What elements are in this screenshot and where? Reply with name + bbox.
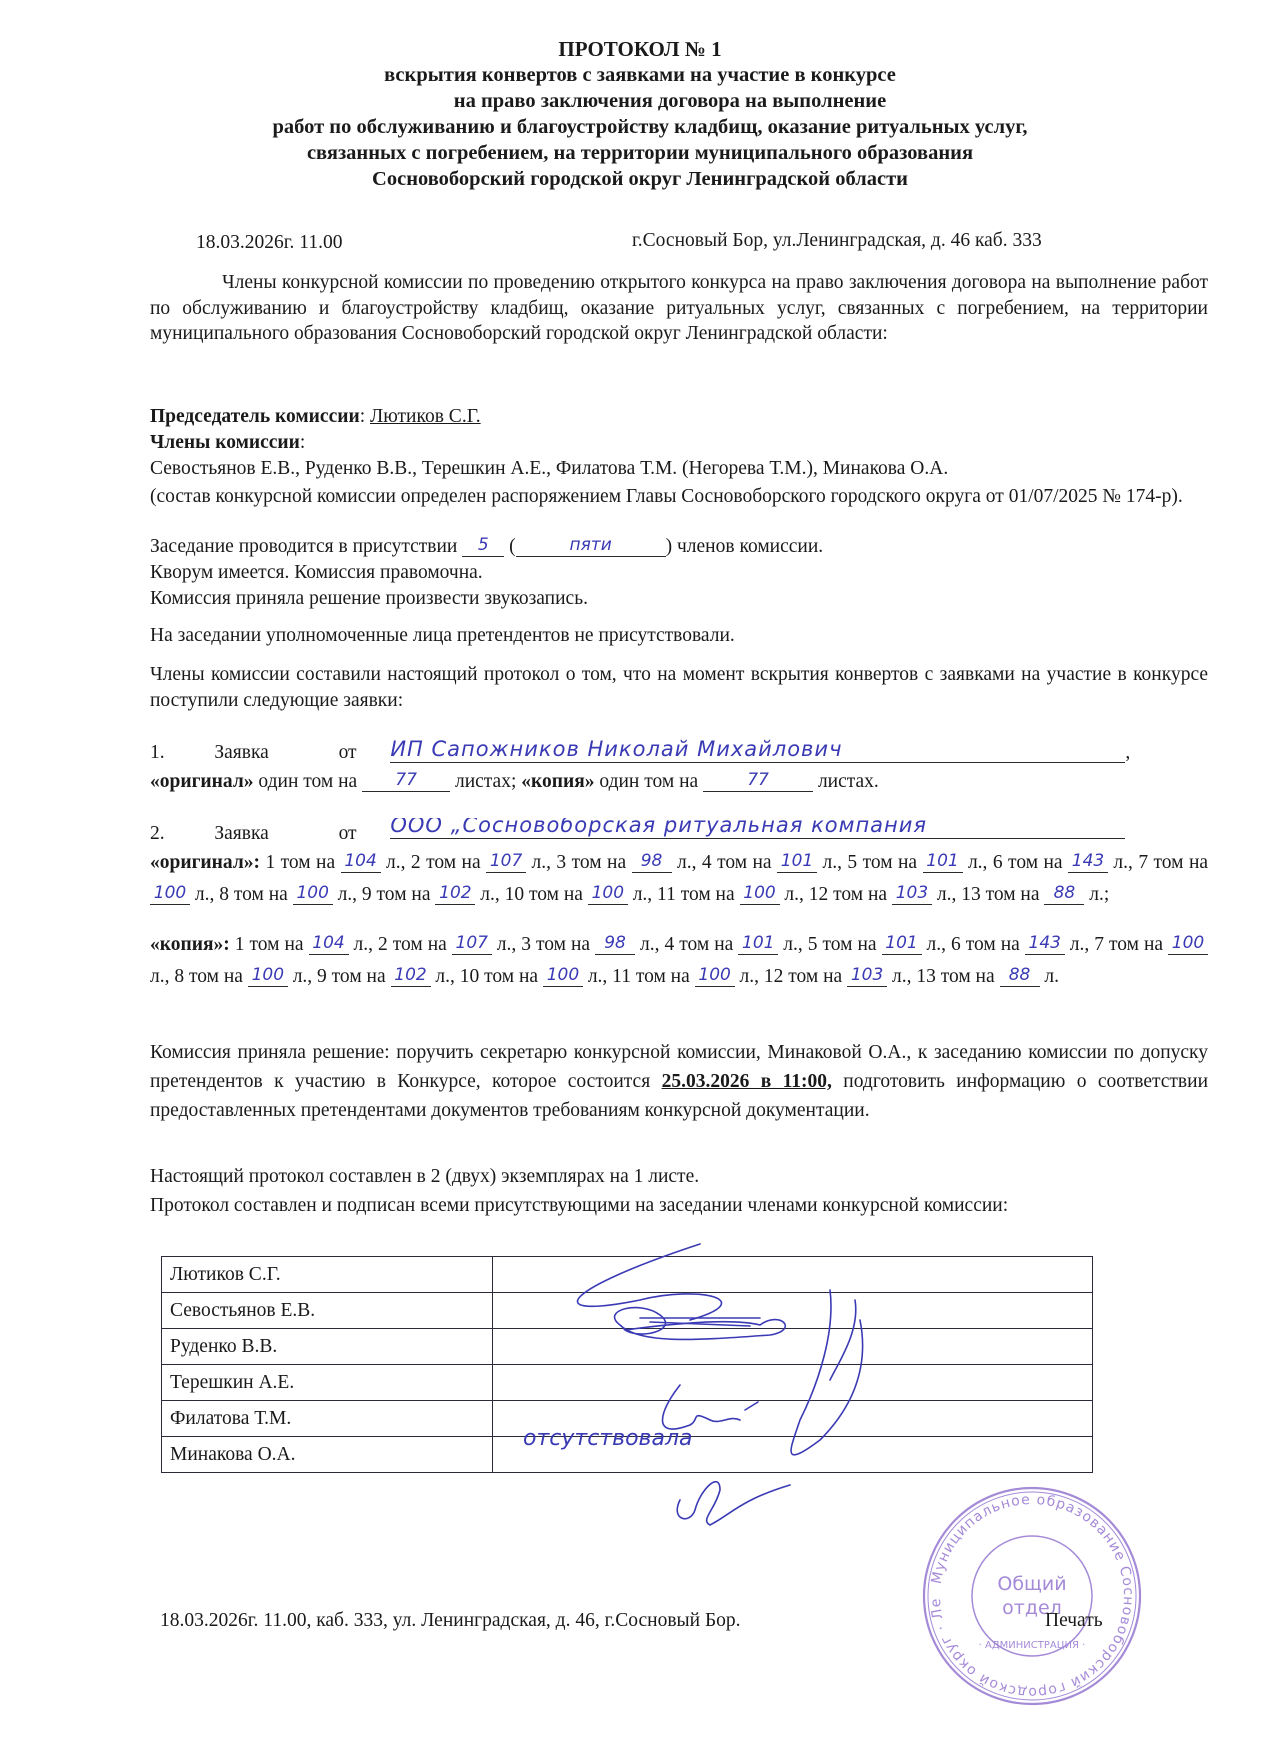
volume-entry: 10 том на 100 л., bbox=[500, 884, 652, 905]
sheet-count-field: 100 bbox=[248, 968, 288, 987]
signature-cell bbox=[493, 1329, 1093, 1365]
members-list: Севостьянов Е.В., Руденко В.В., Терешкин… bbox=[150, 458, 948, 480]
volume-entry: 6 том на 143 л., bbox=[987, 852, 1132, 873]
signature-row: Севостьянов Е.В. bbox=[162, 1293, 1093, 1329]
volume-entry: 8 том на 100 л., bbox=[214, 884, 357, 905]
volume-entry: 2 том на 107 л., bbox=[406, 852, 551, 873]
sheet-count-field: 143 bbox=[1025, 936, 1065, 955]
application-2-header: 2. Заявка от ООО „Сосновоборская ритуаль… bbox=[150, 818, 1125, 845]
stamp-bottom-text: · АДМИНИСТРАЦИЯ · bbox=[979, 1640, 1086, 1651]
volume-entry: 10 том на 100 л., bbox=[455, 966, 607, 987]
volume-entry: 12 том на 103 л., bbox=[759, 966, 911, 987]
signed-text: Протокол составлен и подписан всеми прис… bbox=[150, 1192, 1208, 1219]
sheet-count-field: 98 bbox=[595, 936, 635, 955]
chair-label: Председатель комиссии bbox=[150, 406, 360, 427]
member-name: Севостьянов Е.В. bbox=[162, 1293, 493, 1329]
subtitle-line: работ по обслуживанию и благоустройству … bbox=[150, 114, 1150, 140]
volume-entry: 11 том на 100 л., bbox=[652, 884, 804, 905]
volume-entry: 3 том на 98 л., bbox=[551, 852, 696, 873]
sheet-count-field: 143 bbox=[1068, 854, 1108, 873]
recording-text: Комиссия приняла решение произвести звук… bbox=[150, 588, 588, 610]
application-1-volumes: «оригинал» один том на 77 листах; «копия… bbox=[150, 771, 879, 793]
sheet-count-field: 101 bbox=[738, 936, 778, 955]
decision-paragraph: Комиссия приняла решение: поручить секре… bbox=[150, 1038, 1208, 1125]
signature-table: Лютиков С.Г.Севостьянов Е.В.Руденко В.В.… bbox=[161, 1256, 1093, 1473]
volume-entry: 9 том на 102 л., bbox=[357, 884, 500, 905]
volume-entry: 6 том на 143 л., bbox=[946, 934, 1089, 955]
quorum-text: Кворум имеется. Комиссия правомочна. bbox=[150, 562, 483, 584]
attendance-words-field: пяти bbox=[516, 538, 666, 557]
copy-sheets-field: 77 bbox=[703, 773, 813, 792]
signature-cell bbox=[493, 1293, 1093, 1329]
page-title: ПРОТОКОЛ № 1 bbox=[130, 36, 1150, 62]
sheet-count-field: 100 bbox=[588, 886, 628, 905]
volume-entry: 13 том на 88 л.; bbox=[956, 884, 1109, 905]
attendance-line: Заседание проводится в присутствии 5 (пя… bbox=[150, 536, 823, 558]
received-intro: Члены комиссии составили настоящий прото… bbox=[150, 662, 1208, 713]
volume-entry: 11 том на 100 л., bbox=[607, 966, 759, 987]
signature-cell bbox=[493, 1257, 1093, 1293]
seal-stamp: Муниципальное образование Сосновоборский… bbox=[918, 1482, 1146, 1710]
members-label: Члены комиссии bbox=[150, 432, 300, 453]
protocol-page: ПРОТОКОЛ № 1 вскрытия конвертов с заявка… bbox=[0, 0, 1264, 1752]
meeting-datetime: 18.03.2026г. 11.00 bbox=[196, 232, 342, 254]
signature-row: Терешкин А.Е. bbox=[162, 1365, 1093, 1401]
subtitle-line: вскрытия конвертов с заявками на участие… bbox=[130, 62, 1150, 88]
subtitle-line: на право заключения договора на выполнен… bbox=[190, 88, 1150, 114]
next-meeting-date: 25.03.2026 в 11:00, bbox=[662, 1071, 832, 1092]
sheet-count-field: 98 bbox=[632, 854, 672, 873]
volumes-label: «копия»: bbox=[150, 934, 230, 955]
meeting-location: г.Сосновый Бор, ул.Ленинградская, д. 46 … bbox=[632, 230, 1042, 252]
sheet-count-field: 100 bbox=[293, 886, 333, 905]
original-sheets-field: 77 bbox=[362, 773, 450, 792]
sheet-count-field: 101 bbox=[923, 854, 963, 873]
member-name: Руденко В.В. bbox=[162, 1329, 493, 1365]
attendance-count-field: 5 bbox=[462, 538, 504, 557]
title-block: ПРОТОКОЛ № 1 вскрытия конвертов с заявка… bbox=[150, 36, 1150, 192]
sheet-count-field: 102 bbox=[391, 968, 431, 987]
signature-cell bbox=[493, 1437, 1093, 1473]
sheet-count-field: 100 bbox=[150, 886, 190, 905]
members-heading: Члены комиссии: bbox=[150, 432, 305, 454]
application-1-header: 1. Заявка от ИП Сапожников Николай Михай… bbox=[150, 742, 1130, 764]
sheet-count-field: 103 bbox=[892, 886, 932, 905]
volume-entry: 5 том на 101 л., bbox=[803, 934, 946, 955]
chair-name: Лютиков С.Г. bbox=[370, 406, 481, 427]
signature-cell bbox=[493, 1401, 1093, 1437]
volume-entry: 12 том на 103 л., bbox=[804, 884, 956, 905]
signature-row: Лютиков С.Г. bbox=[162, 1257, 1093, 1293]
application-2-original-volumes: «оригинал»: 1 том на 104 л., 2 том на 10… bbox=[150, 847, 1208, 911]
volume-entry: 4 том на 101 л., bbox=[660, 934, 803, 955]
composition-note: (состав конкурсной комиссии определен ра… bbox=[150, 484, 1208, 510]
sheet-count-field: 102 bbox=[435, 886, 475, 905]
volume-entry: 5 том на 101 л., bbox=[842, 852, 987, 873]
volume-entry: 3 том на 98 л., bbox=[516, 934, 659, 955]
copies-text: Настоящий протокол составлен в 2 (двух) … bbox=[150, 1166, 699, 1188]
application-2-copy-volumes: «копия»: 1 том на 104 л., 2 том на 107 л… bbox=[150, 929, 1208, 993]
footer-place-time: 18.03.2026г. 11.00, каб. 333, ул. Ленинг… bbox=[160, 1610, 741, 1632]
volume-entry: 1 том на 104 л., bbox=[260, 852, 405, 873]
subtitle-line: связанных с погребением, на территории м… bbox=[130, 140, 1150, 166]
stamp-center-line1: Общий bbox=[997, 1573, 1066, 1595]
member-name: Филатова Т.М. bbox=[162, 1401, 493, 1437]
sheet-count-field: 107 bbox=[486, 854, 526, 873]
volumes-label: «оригинал»: bbox=[150, 852, 260, 873]
sheet-count-field: 104 bbox=[341, 854, 381, 873]
sheet-count-field: 101 bbox=[777, 854, 817, 873]
signature-row: Филатова Т.М. bbox=[162, 1401, 1093, 1437]
sheet-count-field: 100 bbox=[543, 968, 583, 987]
applicant-2-field: ООО „Сосновоборская ритуальная компания bbox=[390, 818, 1125, 839]
signature-row: Минакова О.А. bbox=[162, 1437, 1093, 1473]
sheet-count-field: 88 bbox=[1000, 968, 1040, 987]
volume-entry: 1 том на 104 л., bbox=[230, 934, 373, 955]
volume-entry: 2 том на 107 л., bbox=[373, 934, 516, 955]
subtitle-line: Сосновоборский городской округ Ленинград… bbox=[130, 166, 1150, 192]
sheet-count-field: 103 bbox=[847, 968, 887, 987]
absent-reps-text: На заседании уполномоченные лица претенд… bbox=[150, 625, 735, 647]
volume-entry: 9 том на 102 л., bbox=[312, 966, 455, 987]
chair-line: Председатель комиссии: Лютиков С.Г. bbox=[150, 406, 481, 428]
sheet-count-field: 100 bbox=[740, 886, 780, 905]
sheet-count-field: 88 bbox=[1044, 886, 1084, 905]
signature-cell bbox=[493, 1365, 1093, 1401]
volume-entry: 8 том на 100 л., bbox=[169, 966, 312, 987]
sheet-count-field: 100 bbox=[695, 968, 735, 987]
sheet-count-field: 100 bbox=[1168, 936, 1208, 955]
applicant-1-field: ИП Сапожников Николай Михайлович bbox=[390, 742, 1125, 763]
intro-paragraph: Члены конкурсной комиссии по проведению … bbox=[150, 270, 1208, 347]
sheet-count-field: 104 bbox=[309, 936, 349, 955]
sheet-count-field: 107 bbox=[452, 936, 492, 955]
volume-entry: 4 том на 101 л., bbox=[696, 852, 841, 873]
member-name: Терешкин А.Е. bbox=[162, 1365, 493, 1401]
seal-label: Печать bbox=[1045, 1610, 1103, 1632]
sheet-count-field: 101 bbox=[882, 936, 922, 955]
signature-row: Руденко В.В. bbox=[162, 1329, 1093, 1365]
member-name: Минакова О.А. bbox=[162, 1437, 493, 1473]
member-name: Лютиков С.Г. bbox=[162, 1257, 493, 1293]
volume-entry: 13 том на 88 л. bbox=[911, 966, 1059, 987]
